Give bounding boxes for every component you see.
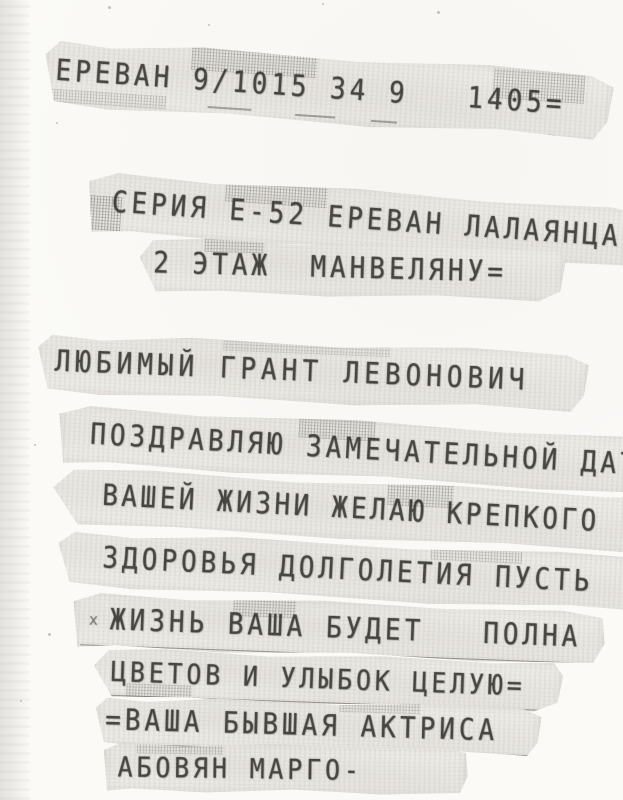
paper-speck — [437, 11, 440, 14]
strip-text: АБОВЯН МАРГО- — [117, 752, 362, 783]
paper-speck — [56, 122, 58, 124]
strip-text: ЦВЕТОВ И УЛЫБОК ЦЕЛУЮ= — [111, 657, 526, 699]
strip-text: 2 ЭТАЖ МАНВЕЛЯНУ= — [153, 249, 507, 287]
underline-mark — [371, 120, 397, 124]
strip-text: ЖИЗНЬ ВАША БУДЕТ ПОЛНА — [109, 606, 581, 652]
underline-mark — [207, 106, 251, 111]
paper-speck — [108, 6, 111, 9]
telegram-strip-salutation: ЛЮБИМЫЙ ГРАНТ ЛЕВОНОВИЧ — [33, 329, 589, 415]
strip-text: ЕРЕВАН 9/1015 34 9 1405= — [55, 56, 567, 119]
paper-speck — [322, 3, 324, 5]
underline-mark — [295, 114, 335, 119]
paper-speck — [20, 700, 22, 702]
strip-text: =ВАША БЫВШАЯ АКТРИСА — [105, 705, 499, 745]
strip-text: ВАШЕЙ ЖИЗНИ ЖЕЛАЮ КРЕПКОГО — [102, 481, 601, 536]
stray-mark: х — [89, 612, 103, 627]
paper-speck — [34, 444, 36, 446]
scanned-telegram-page: { "telegram": { "strips": [ {"text": "ЕР… — [0, 0, 623, 800]
telegram-strip-header: ЕРЕВАН 9/1015 34 9 1405= — [39, 34, 615, 144]
scanner-edge-shadow — [0, 0, 30, 800]
telegram-strip-signature-2: АБОВЯН МАРГО- — [103, 741, 468, 796]
strip-text: ЗДОРОВЬЯ ДОЛГОЛЕТИЯ ПУСТЬ — [102, 544, 594, 597]
strip-text: ЛЮБИМЫЙ ГРАНТ ЛЕВОНОВИЧ — [54, 347, 530, 395]
underline-mark — [506, 132, 554, 137]
paper-speck — [48, 633, 51, 636]
paper-speck — [208, 24, 210, 26]
strip-text: ПОЗДРАВЛЯЮ ЗАМЕЧАТЕЛЬНОЙ ДАТ — [89, 420, 623, 480]
